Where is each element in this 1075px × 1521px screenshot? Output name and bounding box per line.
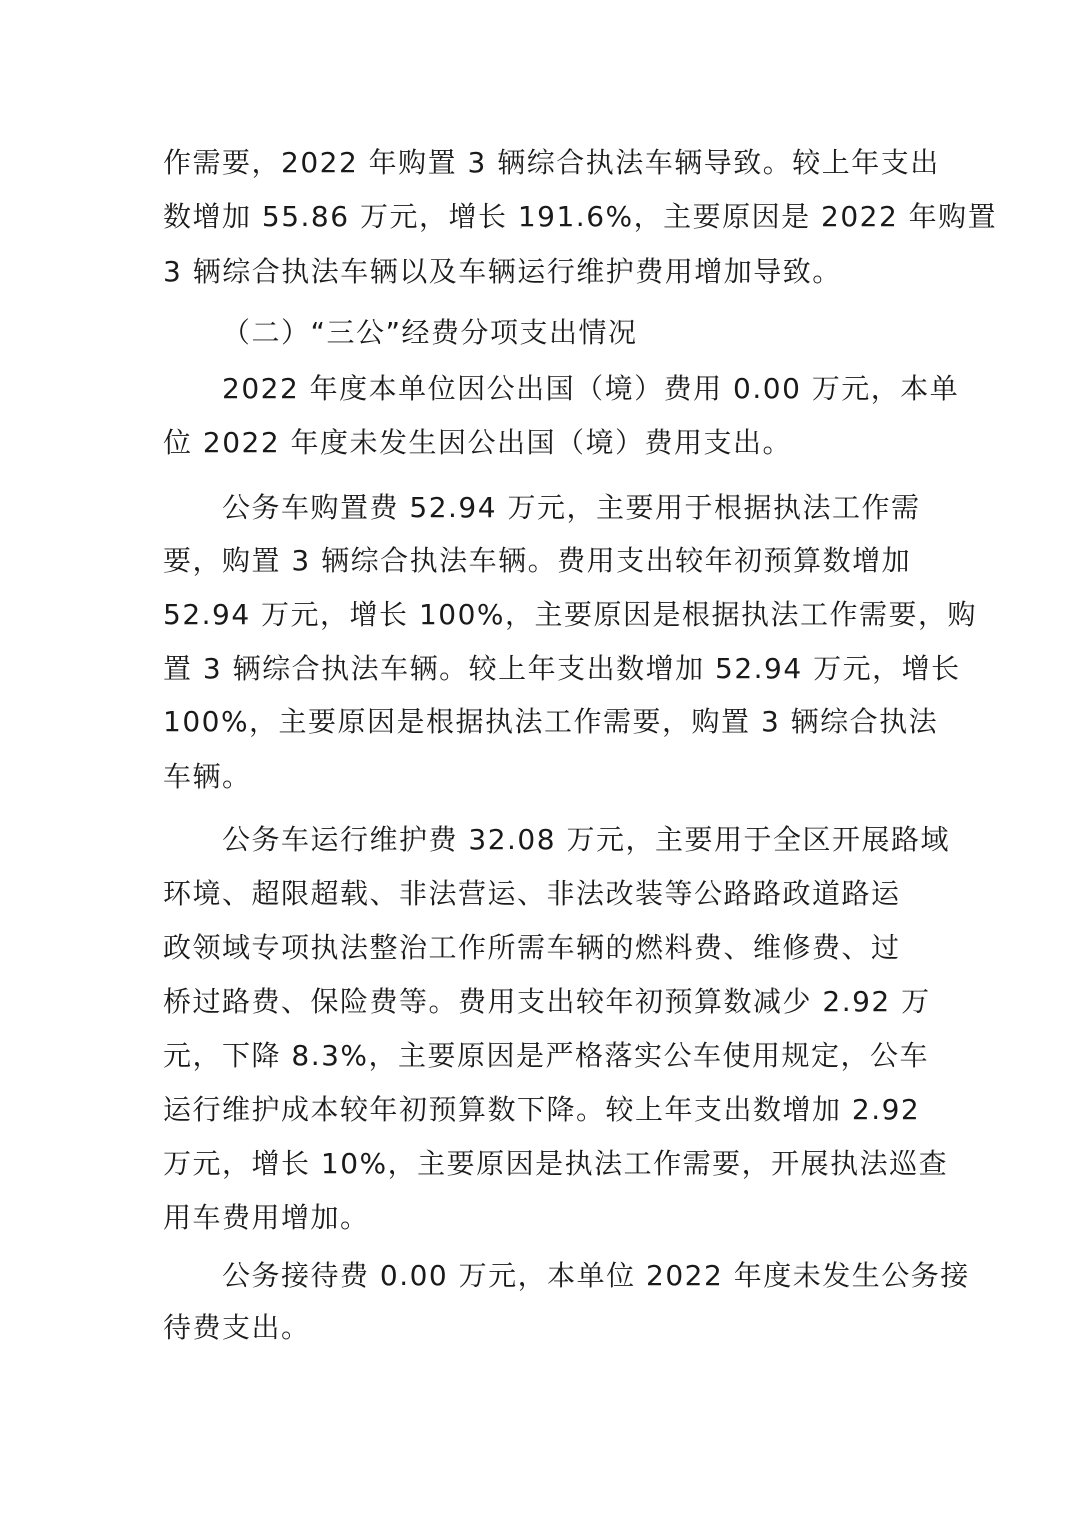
paragraph-line: 作需要，2022 年购置 3 辆综合执法车辆导致。较上年支出 — [163, 145, 923, 181]
paragraph-line: 元，下降 8.3%，主要原因是严格落实公车使用规定，公车 — [163, 1038, 923, 1074]
paragraph-line: 100%，主要原因是根据执法工作需要，购置 3 辆综合执法 — [163, 704, 923, 740]
paragraph-line: 要，购置 3 辆综合执法车辆。费用支出较年初预算数增加 — [163, 543, 923, 579]
paragraph-line: 公务车购置费 52.94 万元，主要用于根据执法工作需 — [222, 490, 982, 526]
paragraph-line: 车辆。 — [163, 759, 923, 795]
paragraph-line: 3 辆综合执法车辆以及车辆运行维护费用增加导致。 — [163, 254, 923, 290]
paragraph-line: 环境、超限超载、非法营运、非法改装等公路路政道路运 — [163, 876, 923, 912]
paragraph-line: 置 3 辆综合执法车辆。较上年支出数增加 52.94 万元，增长 — [163, 651, 923, 687]
section-heading: （二）“三公”经费分项支出情况 — [222, 315, 982, 351]
paragraph-line: 公务接待费 0.00 万元，本单位 2022 年度未发生公务接 — [222, 1258, 982, 1294]
paragraph-line: 待费支出。 — [163, 1310, 923, 1346]
paragraph-line: 政领域专项执法整治工作所需车辆的燃料费、维修费、过 — [163, 930, 923, 966]
paragraph-line: 52.94 万元，增长 100%，主要原因是根据执法工作需要，购 — [163, 597, 923, 633]
paragraph-line: 万元，增长 10%，主要原因是执法工作需要，开展执法巡查 — [163, 1146, 923, 1182]
paragraph-line: 2022 年度本单位因公出国（境）费用 0.00 万元，本单 — [222, 371, 982, 407]
paragraph-line: 桥过路费、保险费等。费用支出较年初预算数减少 2.92 万 — [163, 984, 923, 1020]
paragraph-line: 用车费用增加。 — [163, 1200, 923, 1236]
paragraph-line: 数增加 55.86 万元，增长 191.6%，主要原因是 2022 年购置 — [163, 199, 923, 235]
document-page: 作需要，2022 年购置 3 辆综合执法车辆导致。较上年支出 数增加 55.86… — [0, 0, 1075, 1521]
paragraph-line: 公务车运行维护费 32.08 万元，主要用于全区开展路域 — [222, 822, 982, 858]
paragraph-line: 运行维护成本较年初预算数下降。较上年支出数增加 2.92 — [163, 1092, 923, 1128]
paragraph-line: 位 2022 年度未发生因公出国（境）费用支出。 — [163, 425, 923, 461]
